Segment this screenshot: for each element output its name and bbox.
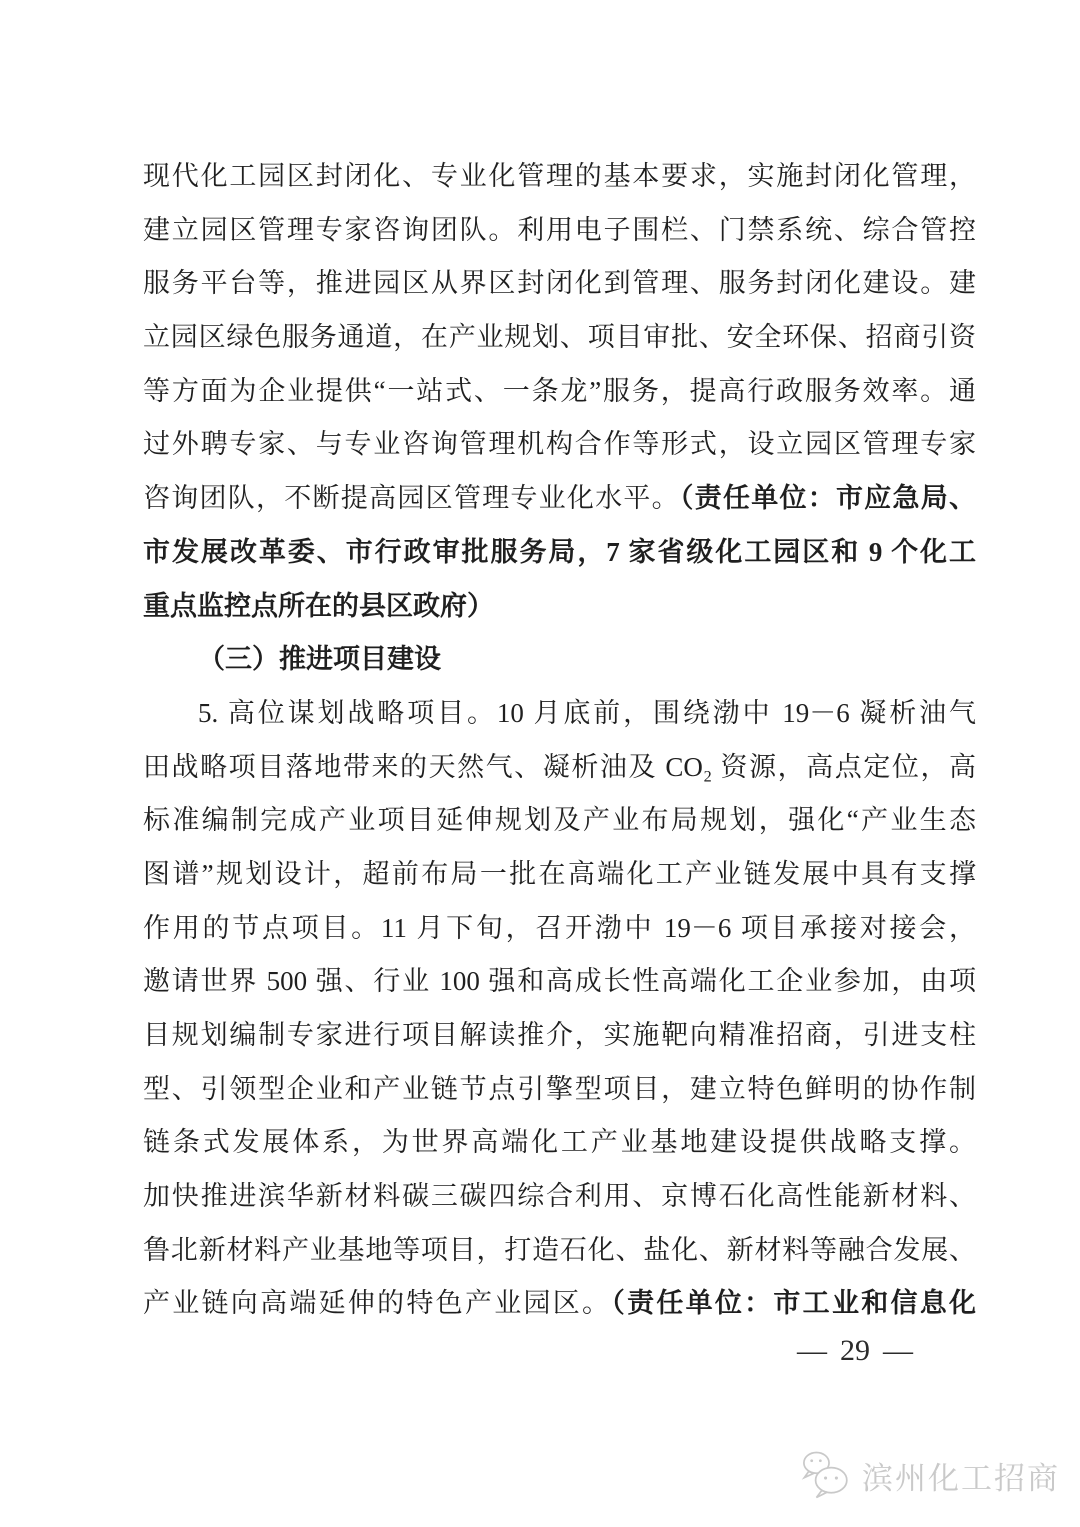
page-number-value: 29	[840, 1334, 870, 1368]
text-line: 链条式发展体系，为世界高端化工产业基地建设提供战略支撑。	[143, 1116, 976, 1170]
text-line: 重点监控点所在的县区政府）	[143, 580, 976, 634]
text-segment: 过外聘专家、与专业咨询管理机构合作等形式，设立园区管理专家	[143, 429, 976, 459]
text-line: 咨询团队，不断提高园区管理专业化水平。（责任单位：市应急局、	[143, 472, 976, 526]
text-line: 标准编制完成产业项目延伸规划及产业布局规划，强化“产业生态	[143, 794, 976, 848]
text-line: 立园区绿色服务通道，在产业规划、项目审批、安全环保、招商引资	[143, 311, 976, 365]
bold-text-segment: （三）推进项目建设	[198, 644, 441, 674]
text-line: 邀请世界 500 强、行业 100 强和高成长性高端化工企业参加，由项	[143, 955, 976, 1009]
text-line: 加快推进滨华新材料碳三碳四综合利用、京博石化高性能新材料、	[143, 1170, 976, 1224]
text-segment: 目规划编制专家进行项目解读推介，实施靶向精准招商，引进支柱	[143, 1020, 976, 1050]
bold-text-segment: 市发展改革委、市行政审批服务局，7 家省级化工园区和 9 个化工	[143, 537, 976, 567]
bold-text-segment: （责任单位：市工业和信息化	[611, 1288, 976, 1318]
document-page: 现代化工园区封闭化、专业化管理的基本要求，实施封闭化管理，建立园区管理专家咨询团…	[0, 0, 1080, 1527]
document-body: 现代化工园区封闭化、专业化管理的基本要求，实施封闭化管理，建立园区管理专家咨询团…	[143, 150, 976, 1331]
text-line: 作用的节点项目。11 月下旬，召开渤中 19－6 项目承接对接会，	[143, 902, 976, 956]
text-segment: 加快推进滨华新材料碳三碳四综合利用、京博石化高性能新材料、	[143, 1181, 976, 1211]
text-line: 市发展改革委、市行政审批服务局，7 家省级化工园区和 9 个化工	[143, 526, 976, 580]
text-line: 建立园区管理专家咨询团队。利用电子围栏、门禁系统、综合管控	[143, 204, 976, 258]
text-segment: 邀请世界 500 强、行业 100 强和高成长性高端化工企业参加，由项	[143, 966, 976, 996]
text-segment: 立园区绿色服务通道，在产业规划、项目审批、安全环保、招商引资	[143, 322, 976, 352]
text-line: 鲁北新材料产业基地等项目，打造石化、盐化、新材料等融合发展、	[143, 1224, 976, 1278]
text-line: 现代化工园区封闭化、专业化管理的基本要求，实施封闭化管理，	[143, 150, 976, 204]
watermark: 滨州化工招商	[800, 1449, 1060, 1501]
page-number-dash-right: —	[883, 1334, 913, 1368]
text-segment: 建立园区管理专家咨询团队。利用电子围栏、门禁系统、综合管控	[143, 215, 976, 245]
text-segment: 服务平台等，推进园区从界区封闭化到管理、服务封闭化建设。建	[143, 268, 976, 298]
watermark-text: 滨州化工招商	[862, 1453, 1060, 1498]
page-number: — 29 —	[797, 1334, 913, 1368]
bold-text-segment: 重点监控点所在的县区政府）	[143, 591, 494, 621]
text-segment: 型、引领型企业和产业链节点引擎型项目，建立特色鲜明的协作制	[143, 1074, 976, 1104]
wechat-icon	[800, 1449, 852, 1501]
text-segment: 作用的节点项目。11 月下旬，召开渤中 19－6 项目承接对接会，	[143, 913, 976, 943]
document-lines: 现代化工园区封闭化、专业化管理的基本要求，实施封闭化管理，建立园区管理专家咨询团…	[143, 150, 976, 1331]
text-line: 田战略项目落地带来的天然气、凝析油及 CO₂ 资源，高点定位，高	[143, 741, 976, 795]
text-segment: 等方面为企业提供“一站式、一条龙”服务，提高行政服务效率。通	[143, 376, 976, 406]
text-segment: 链条式发展体系，为世界高端化工产业基地建设提供战略支撑。	[143, 1127, 976, 1157]
text-segment: 咨询团队，不断提高园区管理专业化水平。	[143, 483, 680, 513]
text-line: 过外聘专家、与专业咨询管理机构合作等形式，设立园区管理专家	[143, 418, 976, 472]
text-line: 型、引领型企业和产业链节点引擎型项目，建立特色鲜明的协作制	[143, 1063, 976, 1117]
text-segment: 现代化工园区封闭化、专业化管理的基本要求，实施封闭化管理，	[143, 161, 976, 191]
text-line: 等方面为企业提供“一站式、一条龙”服务，提高行政服务效率。通	[143, 365, 976, 419]
text-line: 图谱”规划设计，超前布局一批在高端化工产业链发展中具有支撑	[143, 848, 976, 902]
text-segment: 图谱”规划设计，超前布局一批在高端化工产业链发展中具有支撑	[143, 859, 976, 889]
text-line: （三）推进项目建设	[143, 633, 976, 687]
text-segment: 5. 高位谋划战略项目。10 月底前，围绕渤中 19－6 凝析油气	[198, 698, 976, 728]
text-segment: 产业链向高端延伸的特色产业园区。	[143, 1288, 611, 1318]
text-segment: 标准编制完成产业项目延伸规划及产业布局规划，强化“产业生态	[143, 805, 976, 835]
text-segment: 鲁北新材料产业基地等项目，打造石化、盐化、新材料等融合发展、	[143, 1235, 976, 1265]
text-line: 产业链向高端延伸的特色产业园区。（责任单位：市工业和信息化	[143, 1277, 976, 1331]
text-line: 目规划编制专家进行项目解读推介，实施靶向精准招商，引进支柱	[143, 1009, 976, 1063]
text-line: 5. 高位谋划战略项目。10 月底前，围绕渤中 19－6 凝析油气	[143, 687, 976, 741]
page-number-dash-left: —	[797, 1334, 827, 1368]
text-line: 服务平台等，推进园区从界区封闭化到管理、服务封闭化建设。建	[143, 257, 976, 311]
bold-text-segment: （责任单位：市应急局、	[680, 483, 976, 513]
text-segment: 田战略项目落地带来的天然气、凝析油及 CO₂ 资源，高点定位，高	[143, 752, 976, 782]
